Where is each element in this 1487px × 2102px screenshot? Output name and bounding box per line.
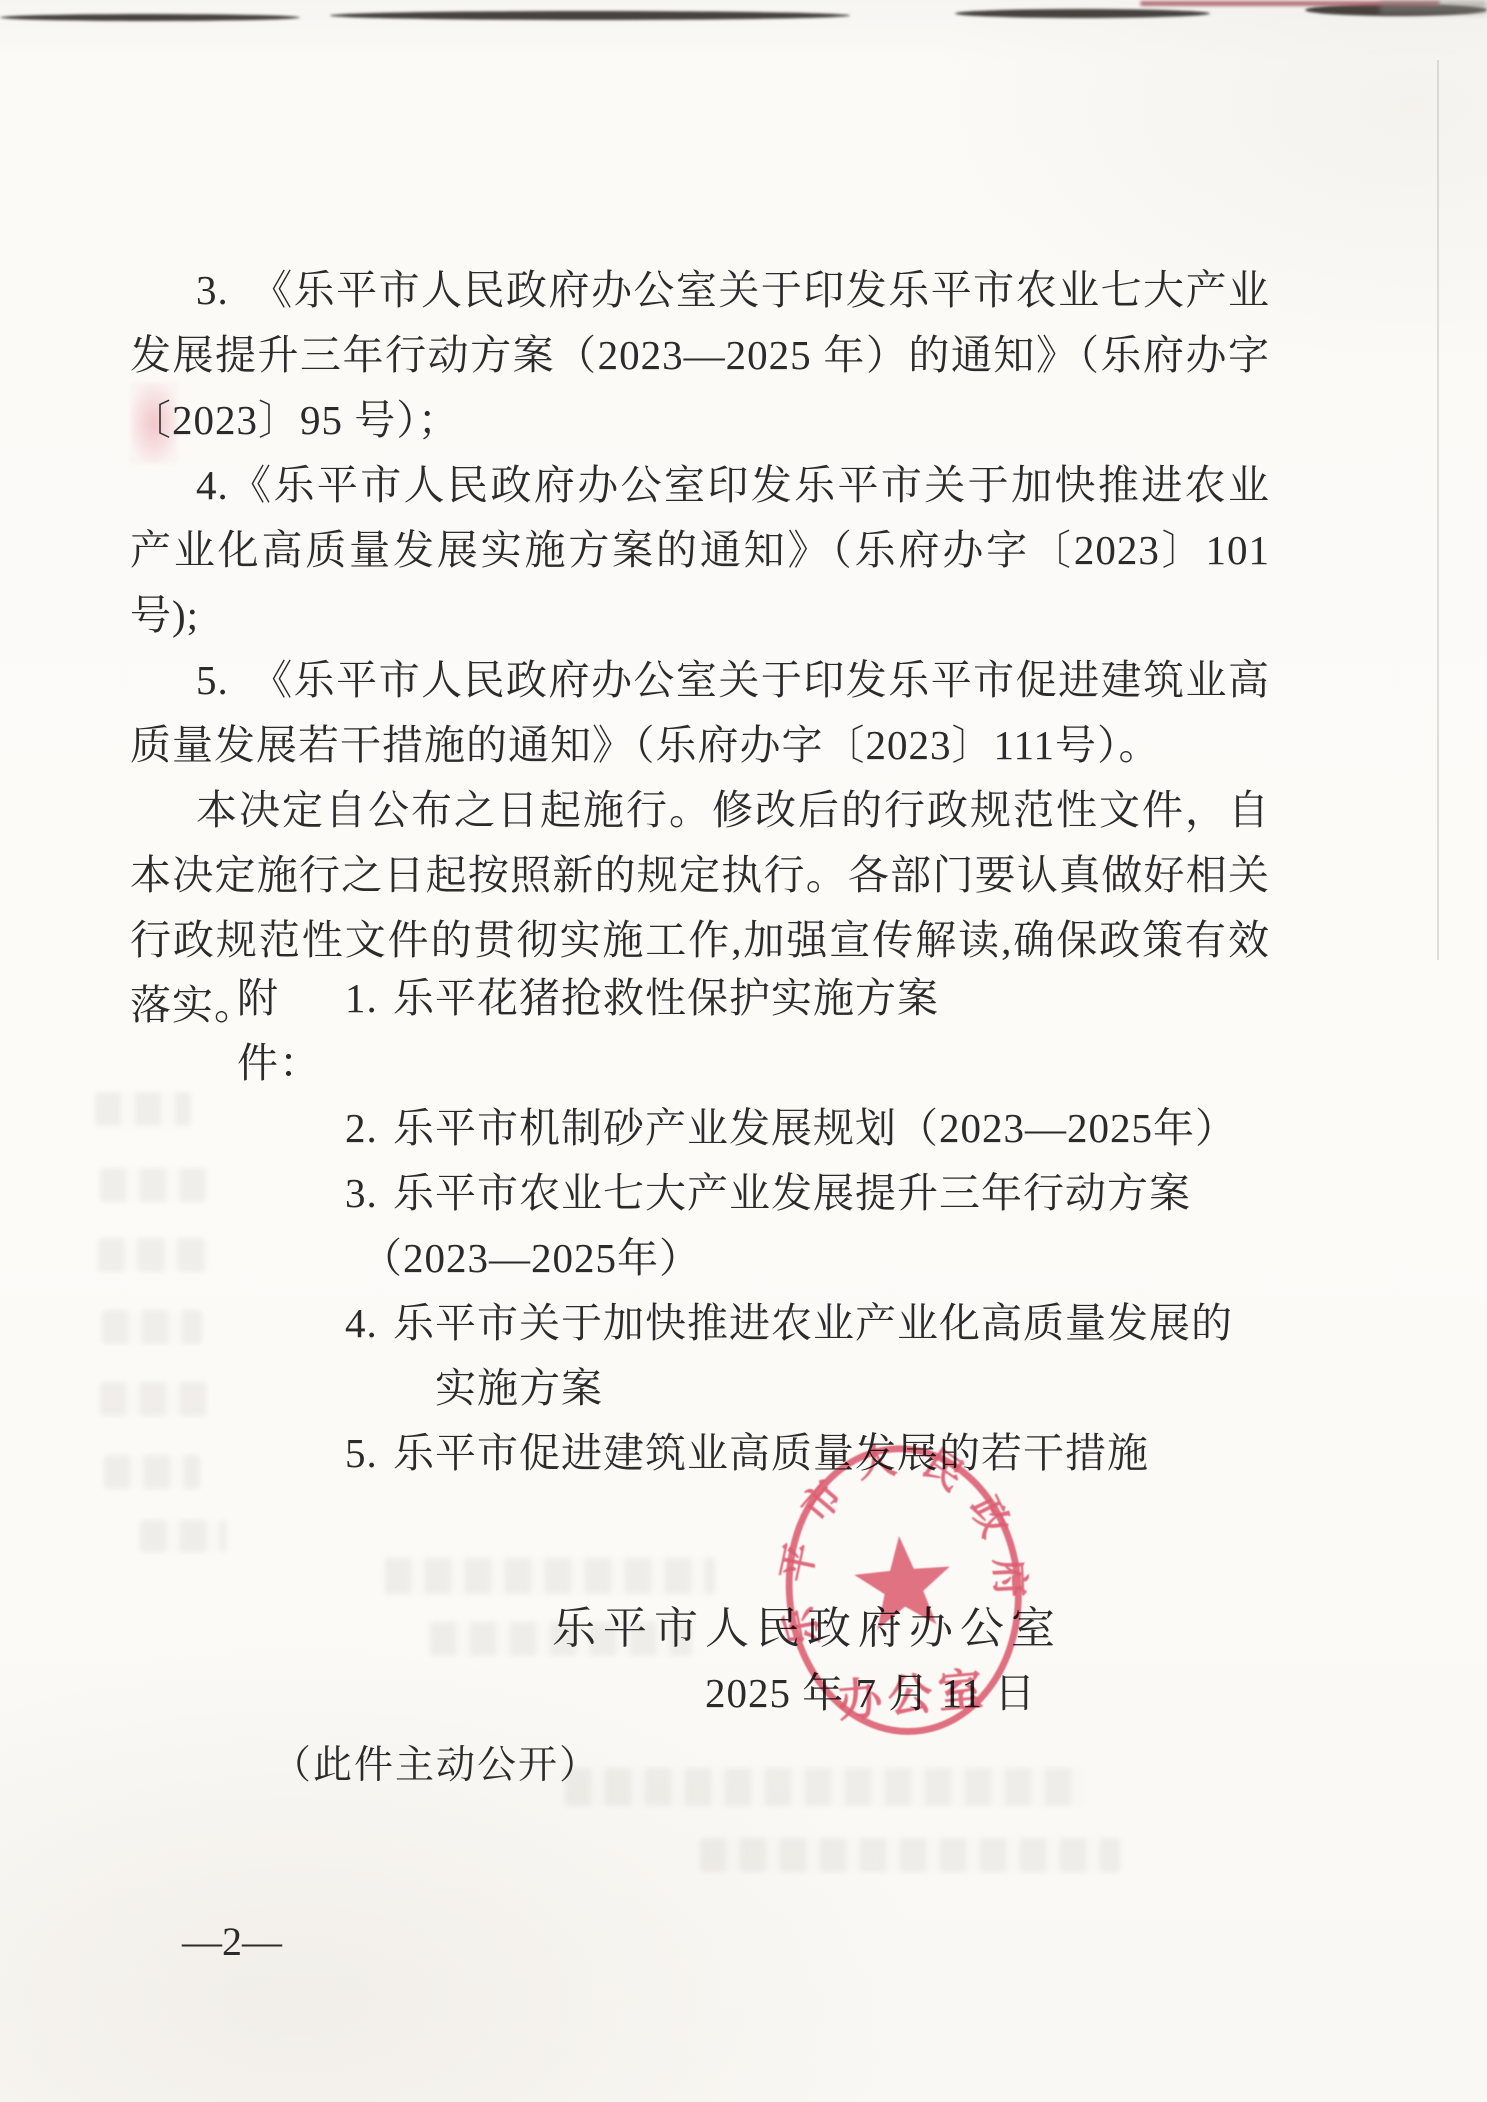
paragraph: 3. 《乐平市人民政府办公室关于印发乐平市农业七大产业发展提升三年行动方案（20… [130,258,1270,453]
attachment-line: 乐平花猪抢救性保护实施方案 [393,966,939,1031]
bleedthrough-artifact [95,1092,191,1126]
paragraph: 4.《乐平市人民政府办公室印发乐平市关于加快推进农业产业化高质量发展实施方案的通… [130,453,1270,648]
attachment-number: 1. [345,966,393,1031]
attachment-number: 4. [345,1291,393,1356]
bleedthrough-artifact [98,1238,208,1272]
body-paragraphs: 3. 《乐平市人民政府办公室关于印发乐平市农业七大产业发展提升三年行动方案（20… [130,258,1270,1038]
scan-artifact-top-edge [330,11,850,20]
attachment-line: 乐平市关于加快推进农业产业化高质量发展的 [393,1291,1233,1356]
attachment-line: 乐平市农业七大产业发展提升三年行动方案 [393,1161,1191,1226]
bleedthrough-artifact [565,1768,1085,1806]
bleedthrough-artifact [700,1838,1120,1872]
scan-artifact-top-edge [955,9,1210,18]
attachment-item: 3.乐平市农业七大产业发展提升三年行动方案（2023—2025年） [237,1161,1237,1291]
attachment-item: 5.乐平市促进建筑业高质量发展的若干措施 [237,1421,1237,1486]
attachment-item: 2.乐平市机制砂产业发展规划（2023—2025年） [237,1096,1237,1161]
disclosure-note: （此件主动公开） [272,1734,600,1790]
seal-bottom-text: 办公室 [835,1663,990,1726]
scan-artifact-top-edge [0,14,300,21]
bleedthrough-artifact [102,1310,202,1344]
official-seal: 乐平市人民政府 办公室 [765,1432,1042,1755]
bleedthrough-artifact [100,1382,208,1416]
attachment-number: 2. [345,1096,393,1161]
attachment-number: 5. [345,1421,393,1486]
page-number: —2— [182,1918,282,1965]
bleedthrough-artifact [140,1520,226,1552]
scan-artifact-paper-edge [1437,60,1439,960]
attachment-line: （2023—2025年） [361,1226,1191,1291]
attachments-label: 附件： [237,966,345,1096]
attachment-item: 4.乐平市关于加快推进农业产业化高质量发展的实施方案 [237,1291,1237,1421]
bleedthrough-artifact [104,1455,200,1489]
bleedthrough-artifact [100,1168,206,1202]
scanned-document-page: 3. 《乐平市人民政府办公室关于印发乐平市农业七大产业发展提升三年行动方案（20… [0,0,1487,2102]
bleedthrough-artifact [385,1558,715,1594]
scan-artifact-corner [1380,0,1487,14]
attachment-item: 附件：1.乐平花猪抢救性保护实施方案 [237,966,1237,1096]
star-icon [851,1532,955,1631]
paragraph: 5. 《乐平市人民政府办公室关于印发乐平市促进建筑业高质量发展若干措施的通知》（… [130,648,1270,778]
attachment-list: 附件：1.乐平花猪抢救性保护实施方案2.乐平市机制砂产业发展规划（2023—20… [237,966,1237,1486]
attachment-line: 实施方案 [435,1356,1233,1421]
attachment-number: 3. [345,1161,393,1226]
attachment-line: 乐平市机制砂产业发展规划（2023—2025年） [393,1096,1237,1161]
